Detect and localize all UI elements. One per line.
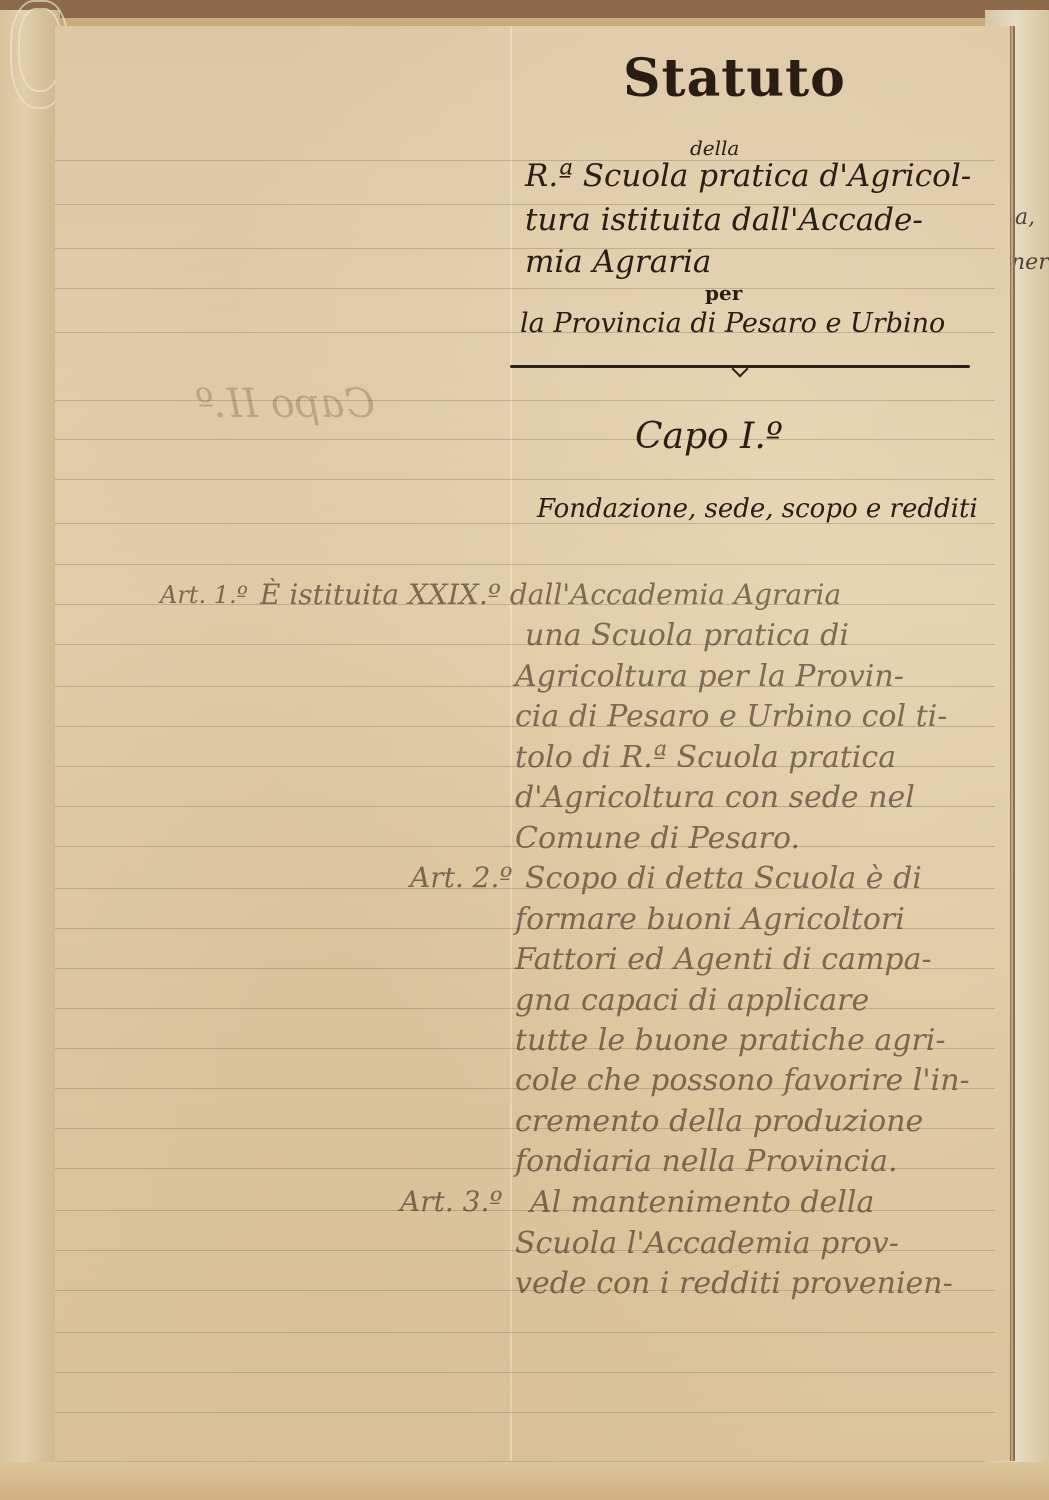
article-line: una Scuola pratica di: [525, 618, 849, 653]
document-title: Statuto: [623, 48, 846, 109]
document-page: Capo II.º Statuto della R.ª Scuola prati…: [55, 26, 1010, 1461]
ruled-line: [55, 1372, 995, 1373]
ruled-line: [55, 564, 995, 565]
article-label: Art. 1.º: [160, 581, 248, 609]
ruled-line: [55, 1412, 995, 1413]
subtitle-line: la Provincia di Pesaro e Urbino: [520, 308, 945, 339]
title-divider-ornament: [732, 361, 749, 378]
ruled-line: [55, 288, 995, 289]
article-line: fondiaria nella Provincia.: [515, 1144, 898, 1179]
adjacent-page-fragment: ner: [1011, 250, 1049, 275]
article-line: cremento della produzione: [515, 1104, 923, 1139]
article-line: Agricoltura per la Provin-: [515, 659, 904, 694]
subtitle-line: R.ª Scuola pratica d'Agricol-: [525, 158, 971, 194]
article-line: formare buoni Agricoltori: [515, 902, 905, 937]
underlying-sheet-left: [0, 10, 60, 1500]
article-line: tolo di R.ª Scuola pratica: [515, 740, 896, 775]
subtitle-line: per: [705, 281, 742, 305]
article-line: cia di Pesaro e Urbino col ti-: [515, 699, 947, 734]
adjacent-page-fragment: a,: [1015, 205, 1035, 230]
article-line: Comune di Pesaro.: [515, 821, 800, 856]
ruled-line: [55, 1332, 995, 1333]
background-surface: [0, 0, 1049, 18]
chapter-subheading: Fondazione, sede, scopo e redditi: [537, 494, 978, 524]
article-line: Al mantenimento della: [530, 1185, 874, 1220]
article-line: È istituita XXIX.º dall'Accademia Agrari…: [260, 578, 841, 611]
article-label: Art. 2.º: [410, 861, 513, 894]
bleed-through-text: Capo II.º: [195, 381, 375, 427]
article-line: tutte le buone pratiche agri-: [515, 1023, 946, 1058]
article-label: Art. 3.º: [400, 1185, 503, 1218]
article-line: cole che possono favorire l'in-: [515, 1063, 970, 1098]
article-line: d'Agricoltura con sede nel: [515, 780, 915, 815]
subtitle-line: mia Agraria: [525, 244, 711, 280]
article-line: Scopo di detta Scuola è di: [525, 861, 922, 896]
ruled-line: [55, 479, 995, 480]
chapter-heading: Capo I.º: [635, 416, 783, 457]
page-fold: [510, 26, 512, 1461]
article-line: Scuola l'Accademia prov-: [515, 1226, 899, 1261]
subtitle-line: tura istituita dall'Accade-: [525, 202, 923, 238]
underlying-sheet-bottom: [0, 1462, 1049, 1500]
article-line: Fattori ed Agenti di campa-: [515, 942, 932, 977]
article-line: vede con i redditi provenien-: [515, 1266, 953, 1301]
subtitle-line: della: [690, 136, 739, 160]
ruled-line: [55, 439, 995, 440]
article-line: gna capaci di applicare: [515, 983, 869, 1018]
